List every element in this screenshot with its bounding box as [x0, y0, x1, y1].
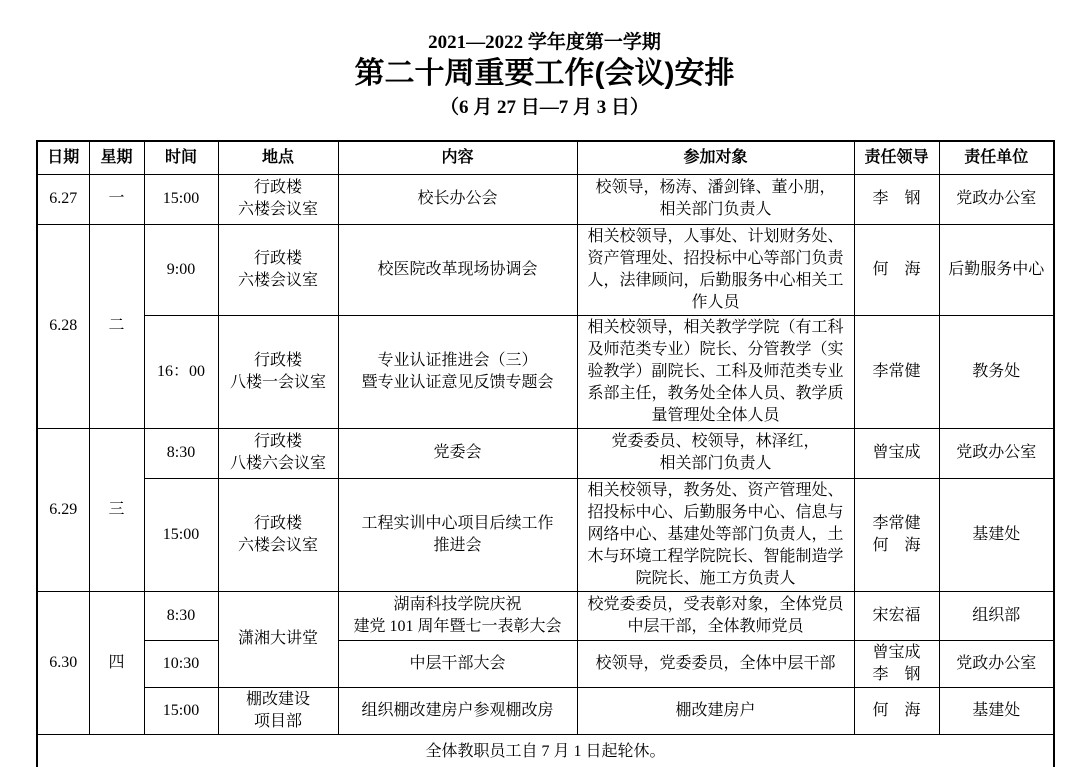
- cell-week: 三: [89, 428, 144, 591]
- cell-time: 15:00: [144, 478, 218, 591]
- cell-unit: 教务处: [939, 315, 1054, 428]
- cell-content: 中层干部大会: [338, 640, 577, 687]
- cell-participants: 相关校领导，教务处、资产管理处、招投标中心、后勤服务中心、信息与网络中心、基建处…: [577, 478, 854, 591]
- header-row: 日期 星期 时间 地点 内容 参加对象 责任领导 责任单位: [37, 141, 1054, 174]
- table-row: 10:30 中层干部大会 校领导，党委委员，全体中层干部 曾宝成 李 钢 党政办…: [37, 640, 1054, 687]
- footer-note: 全体教职员工自 7 月 1 日起轮休。: [37, 734, 1054, 767]
- cell-date: 6.27: [37, 174, 89, 224]
- cell-content: 校长办公会: [338, 174, 577, 224]
- cell-leader: 何 海: [854, 687, 939, 734]
- col-header-time: 时间: [144, 141, 218, 174]
- cell-content: 专业认证推进会（三） 暨专业认证意见反馈专题会: [338, 315, 577, 428]
- table-row: 15:00 棚改建设 项目部 组织棚改建房户参观棚改房 棚改建房户 何 海 基建…: [37, 687, 1054, 734]
- cell-location: 行政楼 六楼会议室: [218, 478, 338, 591]
- table-row: 6.29 三 8:30 行政楼 八楼六会议室 党委会 党委委员、校领导，林泽红，…: [37, 428, 1054, 478]
- cell-unit: 党政办公室: [939, 174, 1054, 224]
- date-range: （6 月 27 日—7 月 3 日）: [0, 94, 1089, 122]
- cell-unit: 组织部: [939, 591, 1054, 640]
- cell-leader: 宋宏福: [854, 591, 939, 640]
- cell-time: 16：00: [144, 315, 218, 428]
- cell-leader: 李常健: [854, 315, 939, 428]
- table-row: 6.27 一 15:00 行政楼 六楼会议室 校长办公会 校领导，杨涛、潘剑锋、…: [37, 174, 1054, 224]
- schedule-table: 日期 星期 时间 地点 内容 参加对象 责任领导 责任单位 6.27 一 15:…: [36, 140, 1055, 767]
- col-header-week: 星期: [89, 141, 144, 174]
- cell-leader: 李 钢: [854, 174, 939, 224]
- cell-location: 行政楼 八楼一会议室: [218, 315, 338, 428]
- col-header-unit: 责任单位: [939, 141, 1054, 174]
- cell-week: 二: [89, 224, 144, 428]
- cell-date: 6.30: [37, 591, 89, 734]
- cell-time: 8:30: [144, 428, 218, 478]
- cell-unit: 党政办公室: [939, 428, 1054, 478]
- cell-leader: 何 海: [854, 224, 939, 315]
- cell-leader: 曾宝成 李 钢: [854, 640, 939, 687]
- cell-participants: 棚改建房户: [577, 687, 854, 734]
- cell-date: 6.28: [37, 224, 89, 428]
- cell-leader: 曾宝成: [854, 428, 939, 478]
- table-row: 6.30 四 8:30 潇湘大讲堂 湖南科技学院庆祝 建党 101 周年暨七一表…: [37, 591, 1054, 640]
- cell-unit: 党政办公室: [939, 640, 1054, 687]
- semester-subtitle: 2021—2022 学年度第一学期: [0, 30, 1089, 56]
- cell-content: 工程实训中心项目后续工作 推进会: [338, 478, 577, 591]
- cell-content: 校医院改革现场协调会: [338, 224, 577, 315]
- cell-participants: 相关校领导，人事处、计划财务处、资产管理处、招投标中心等部门负责人，法律顾问，后…: [577, 224, 854, 315]
- title-block: 2021—2022 学年度第一学期 第二十周重要工作(会议)安排 （6 月 27…: [0, 0, 1089, 122]
- col-header-date: 日期: [37, 141, 89, 174]
- cell-leader: 李常健 何 海: [854, 478, 939, 591]
- cell-unit: 基建处: [939, 478, 1054, 591]
- page-title: 第二十周重要工作(会议)安排: [0, 56, 1089, 92]
- cell-week: 一: [89, 174, 144, 224]
- cell-time: 9:00: [144, 224, 218, 315]
- cell-location: 行政楼 八楼六会议室: [218, 428, 338, 478]
- cell-participants: 校领导，杨涛、潘剑锋、董小朋， 相关部门负责人: [577, 174, 854, 224]
- cell-location: 潇湘大讲堂: [218, 591, 338, 687]
- cell-participants: 校领导，党委委员，全体中层干部: [577, 640, 854, 687]
- cell-content: 组织棚改建房户参观棚改房: [338, 687, 577, 734]
- col-header-location: 地点: [218, 141, 338, 174]
- footer-row: 全体教职员工自 7 月 1 日起轮休。: [37, 734, 1054, 767]
- cell-unit: 后勤服务中心: [939, 224, 1054, 315]
- table-row: 16：00 行政楼 八楼一会议室 专业认证推进会（三） 暨专业认证意见反馈专题会…: [37, 315, 1054, 428]
- cell-time: 10:30: [144, 640, 218, 687]
- cell-participants: 校党委委员，受表彰对象，全体党员中层干部，全体教师党员: [577, 591, 854, 640]
- col-header-content: 内容: [338, 141, 577, 174]
- cell-participants: 党委委员、校领导，林泽红， 相关部门负责人: [577, 428, 854, 478]
- cell-unit: 基建处: [939, 687, 1054, 734]
- cell-content: 党委会: [338, 428, 577, 478]
- col-header-participants: 参加对象: [577, 141, 854, 174]
- col-header-leader: 责任领导: [854, 141, 939, 174]
- cell-time: 8:30: [144, 591, 218, 640]
- document-page: 2021—2022 学年度第一学期 第二十周重要工作(会议)安排 （6 月 27…: [0, 0, 1089, 767]
- cell-location: 棚改建设 项目部: [218, 687, 338, 734]
- table-row: 15:00 行政楼 六楼会议室 工程实训中心项目后续工作 推进会 相关校领导，教…: [37, 478, 1054, 591]
- cell-date: 6.29: [37, 428, 89, 591]
- cell-content: 湖南科技学院庆祝 建党 101 周年暨七一表彰大会: [338, 591, 577, 640]
- cell-time: 15:00: [144, 174, 218, 224]
- cell-time: 15:00: [144, 687, 218, 734]
- cell-location: 行政楼 六楼会议室: [218, 174, 338, 224]
- cell-week: 四: [89, 591, 144, 734]
- cell-participants: 相关校领导，相关教学学院（有工科及师范类专业）院长、分管教学（实验教学）副院长、…: [577, 315, 854, 428]
- cell-location: 行政楼 六楼会议室: [218, 224, 338, 315]
- table-row: 6.28 二 9:00 行政楼 六楼会议室 校医院改革现场协调会 相关校领导，人…: [37, 224, 1054, 315]
